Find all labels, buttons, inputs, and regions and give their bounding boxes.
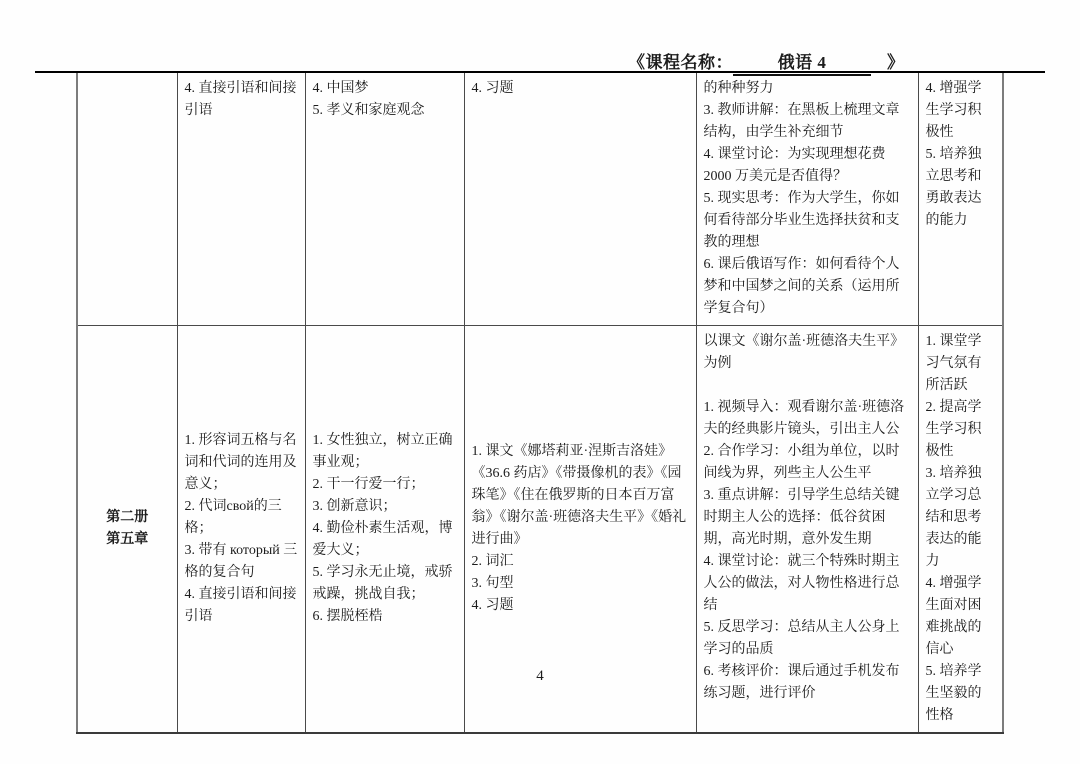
outcome-text: 1. 课堂学习气氛有所活跃 2. 提高学生学习积极性 3. 培养独立学习总结和思… bbox=[926, 331, 996, 727]
ideology-cell-row1: 4. 中国梦 5. 孝义和家庭观念 bbox=[305, 73, 464, 326]
course-title-label: 《课程名称： bbox=[628, 53, 733, 72]
chapter-cell-row1 bbox=[77, 73, 177, 326]
chapter-text: 第二册 第五章 bbox=[85, 507, 170, 551]
process-text: 的种种努力 3. 教师讲解：在黑板上梳理文章结构，由学生补充细节 4. 课堂讨论… bbox=[704, 78, 911, 320]
grammar-text: 4. 直接引语和间接引语 bbox=[185, 78, 298, 122]
process-text: 以课文《谢尔盖·班德洛夫生平》为例 1. 视频导入：观看谢尔盖·班德洛夫的经典影… bbox=[704, 331, 911, 705]
content-cell-row1: 4. 习题 bbox=[464, 73, 696, 326]
grammar-cell-row2: 1. 形容词五格与名词和代词的连用及意义； 2. 代词свой的三格； 3. 带… bbox=[177, 326, 305, 734]
syllabus-table: 4. 直接引语和间接引语 4. 中国梦 5. 孝义和家庭观念 4. 习题 的种种… bbox=[76, 73, 1004, 734]
page-number: 4 bbox=[536, 668, 544, 685]
chapter-cell-row2: 第二册 第五章 bbox=[77, 326, 177, 734]
content-cell-row2: 1. 课文《娜塔莉亚·涅斯吉洛娃》《36.6 药店》《带摄像机的表》《园珠笔》《… bbox=[464, 326, 696, 734]
process-cell-row2: 以课文《谢尔盖·班德洛夫生平》为例 1. 视频导入：观看谢尔盖·班德洛夫的经典影… bbox=[696, 326, 918, 734]
ideology-text: 4. 中国梦 5. 孝义和家庭观念 bbox=[313, 78, 457, 122]
table-row: 4. 直接引语和间接引语 4. 中国梦 5. 孝义和家庭观念 4. 习题 的种种… bbox=[77, 73, 1003, 326]
outcome-cell-row1: 4. 增强学生学习积极性 5. 培养独立思考和勇敢表达的能力 bbox=[918, 73, 1003, 326]
document-page: 《课程名称：俄语 4》 4. 直接引语和间接引语 4. 中国梦 5. 孝义和家庭… bbox=[0, 0, 1080, 764]
content-text: 4. 习题 bbox=[472, 78, 689, 100]
grammar-cell-row1: 4. 直接引语和间接引语 bbox=[177, 73, 305, 326]
course-title-close-bracket: 》 bbox=[887, 53, 905, 72]
ideology-cell-row2: 1. 女性独立，树立正确事业观； 2. 干一行爱一行； 3. 创新意识； 4. … bbox=[305, 326, 464, 734]
process-cell-row1: 的种种努力 3. 教师讲解：在黑板上梳理文章结构，由学生补充细节 4. 课堂讨论… bbox=[696, 73, 918, 326]
ideology-text: 1. 女性独立，树立正确事业观； 2. 干一行爱一行； 3. 创新意识； 4. … bbox=[313, 430, 457, 628]
course-name-value: 俄语 4 bbox=[778, 53, 827, 72]
grammar-text: 1. 形容词五格与名词和代词的连用及意义； 2. 代词свой的三格； 3. 带… bbox=[185, 430, 298, 628]
outcome-cell-row2: 1. 课堂学习气氛有所活跃 2. 提高学生学习积极性 3. 培养独立学习总结和思… bbox=[918, 326, 1003, 734]
content-text: 1. 课文《娜塔莉亚·涅斯吉洛娃》《36.6 药店》《带摄像机的表》《园珠笔》《… bbox=[472, 441, 689, 617]
outcome-text: 4. 增强学生学习积极性 5. 培养独立思考和勇敢表达的能力 bbox=[926, 78, 996, 232]
